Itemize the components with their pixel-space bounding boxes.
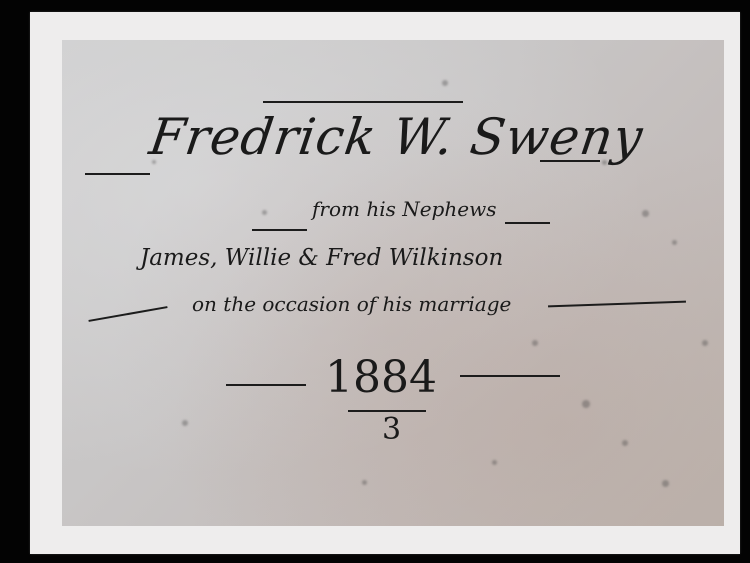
title-left-rule (85, 173, 150, 175)
from-left-rule (252, 229, 307, 231)
year-left-rule (226, 384, 306, 386)
year: 1884 (325, 352, 437, 403)
occasion-line: on the occasion of his marriage (192, 292, 511, 316)
year-right-rule (460, 375, 560, 377)
item-number: 3 (382, 412, 401, 447)
from-right-rule (505, 222, 550, 224)
from-line: from his Nephews (312, 197, 496, 221)
names-line: James, Willie & Fred Wilkinson (140, 245, 503, 271)
inscription-title: Fredrick W. Sweny (146, 108, 647, 166)
top-rule (263, 101, 463, 103)
